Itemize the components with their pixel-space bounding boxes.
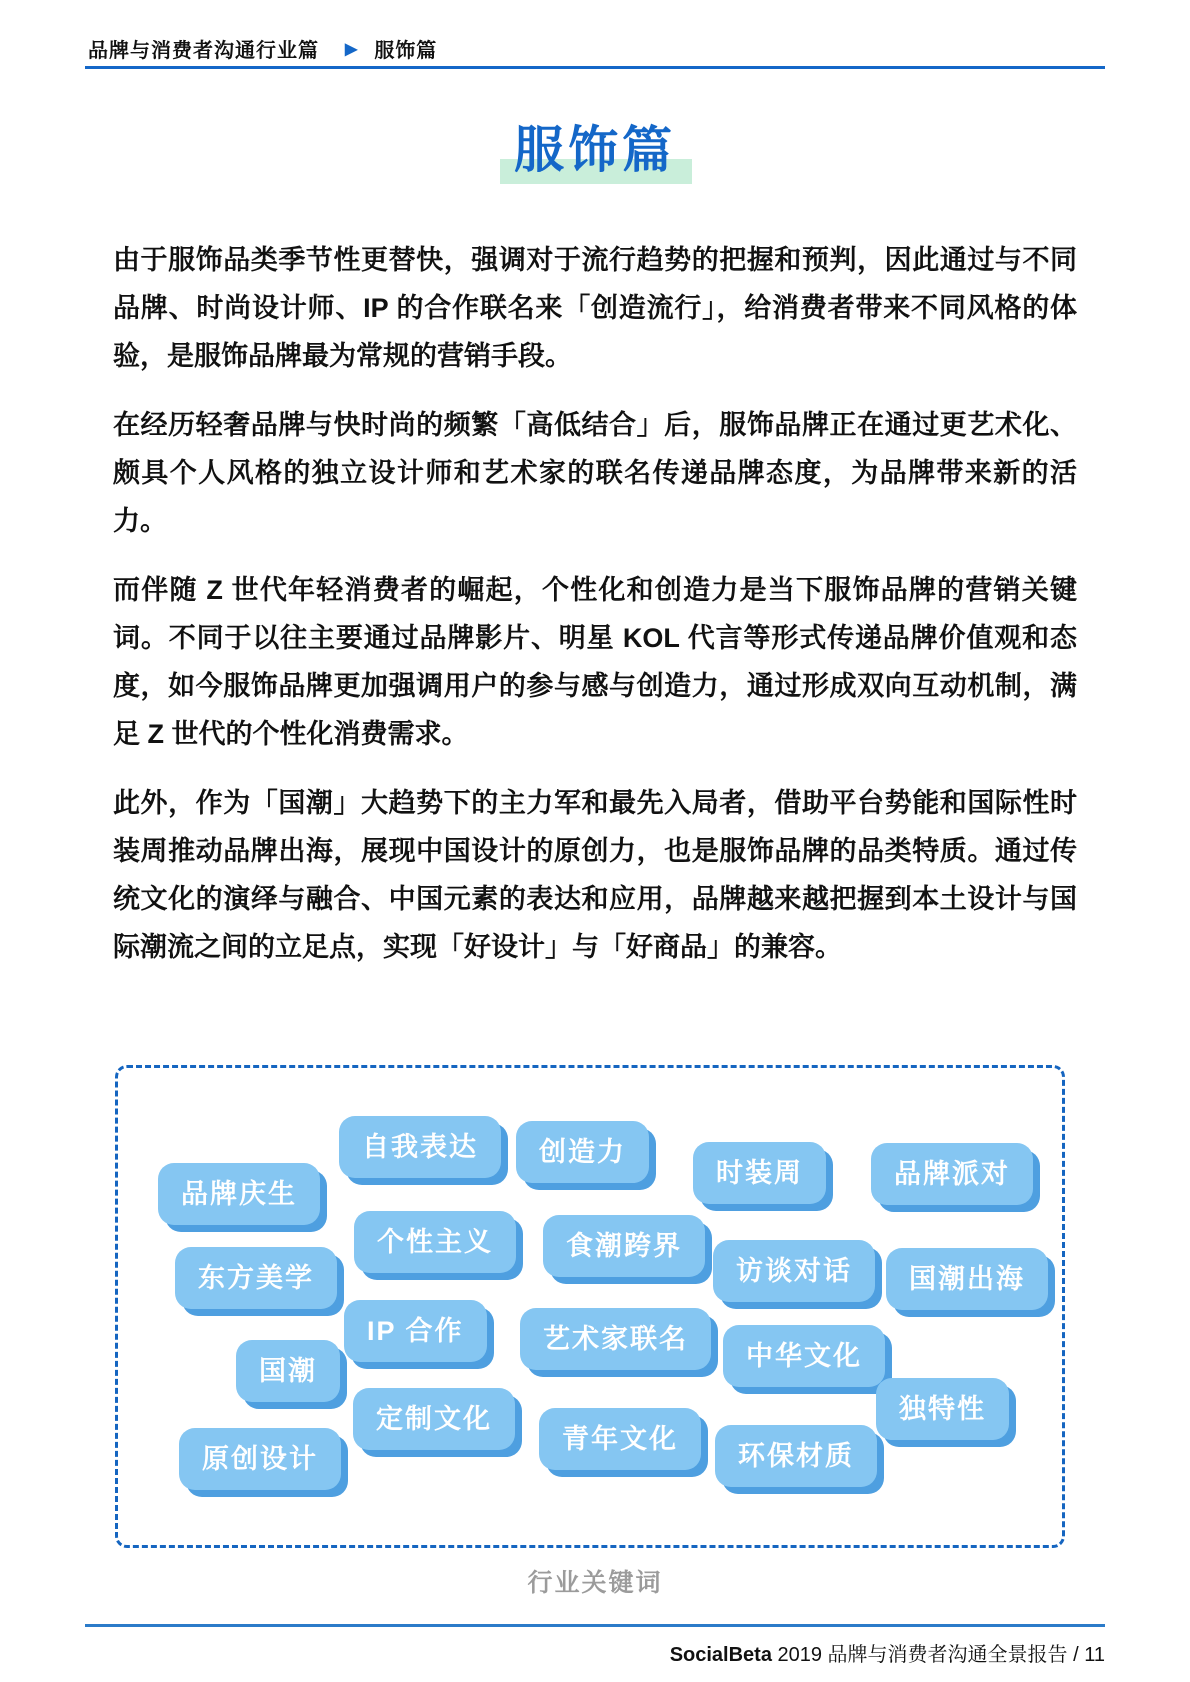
keyword-tag: 东方美学 <box>175 1247 337 1309</box>
paragraph-1: 由于服饰品类季节性更替快，强调对于流行趋势的把握和预判，因此通过与不同品牌、时尚… <box>113 236 1077 380</box>
keyword-tag: 国潮出海 <box>886 1248 1048 1310</box>
breadcrumb-current-label: 服饰篇 <box>374 34 437 63</box>
footer-divider <box>85 1624 1105 1627</box>
footer-report-label: 2019 品牌与消费者沟通全景报告 / 11 <box>772 1644 1105 1666</box>
arrow-right-icon: ▶ <box>345 39 358 59</box>
keyword-tag: 环保材质 <box>715 1425 877 1487</box>
keyword-tag: 独特性 <box>876 1378 1009 1440</box>
report-page: 品牌与消费者沟通行业篇 ▶ 服饰篇 服饰篇 由于服饰品类季节性更替快，强调对于流… <box>0 0 1190 1682</box>
page-title: 服饰篇 <box>514 122 676 178</box>
keyword-box: 自我表达创造力时装周品牌派对品牌庆生个性主义食潮跨界访谈对话东方美学国潮出海IP… <box>115 1065 1065 1548</box>
brand-name: SocialBeta <box>670 1644 772 1666</box>
keyword-box-caption: 行业关键词 <box>0 1563 1190 1599</box>
keyword-tag: 时装周 <box>693 1142 826 1204</box>
keyword-tag: 原创设计 <box>179 1428 341 1490</box>
keyword-tag: 青年文化 <box>539 1408 701 1470</box>
page-title-text: 服饰篇 <box>514 122 676 178</box>
paragraph-3: 而伴随 Z 世代年轻消费者的崛起，个性化和创造力是当下服饰品牌的营销关键词。不同… <box>113 566 1077 758</box>
keyword-tag: 中华文化 <box>723 1325 885 1387</box>
keyword-tag: 访谈对话 <box>713 1240 875 1302</box>
body-text: 由于服饰品类季节性更替快，强调对于流行趋势的把握和预判，因此通过与不同品牌、时尚… <box>113 236 1077 992</box>
footer-text: SocialBeta 2019 品牌与消费者沟通全景报告 / 11 <box>670 1638 1105 1667</box>
keyword-tag: 创造力 <box>516 1121 649 1183</box>
title-block: 服饰篇 <box>0 122 1190 178</box>
keyword-tag: 品牌庆生 <box>158 1163 320 1225</box>
paragraph-4: 此外，作为「国潮」大趋势下的主力军和最先入局者，借助平台势能和国际性时装周推动品… <box>113 779 1077 971</box>
keyword-tag: 定制文化 <box>353 1388 515 1450</box>
keyword-tag: 国潮 <box>236 1340 340 1402</box>
breadcrumb-section-label: 品牌与消费者沟通行业篇 <box>88 34 319 63</box>
paragraph-2: 在经历轻奢品牌与快时尚的频繁「高低结合」后，服饰品牌正在通过更艺术化、颇具个人风… <box>113 401 1077 545</box>
keyword-tag: IP 合作 <box>344 1300 487 1362</box>
keyword-tag: 品牌派对 <box>871 1143 1033 1205</box>
keyword-tag: 个性主义 <box>354 1211 516 1273</box>
header-divider <box>85 66 1105 69</box>
keyword-tag: 艺术家联名 <box>520 1308 711 1370</box>
breadcrumb: 品牌与消费者沟通行业篇 ▶ 服饰篇 <box>88 34 437 63</box>
keyword-tag: 食潮跨界 <box>543 1215 705 1277</box>
keyword-tag: 自我表达 <box>339 1116 501 1178</box>
